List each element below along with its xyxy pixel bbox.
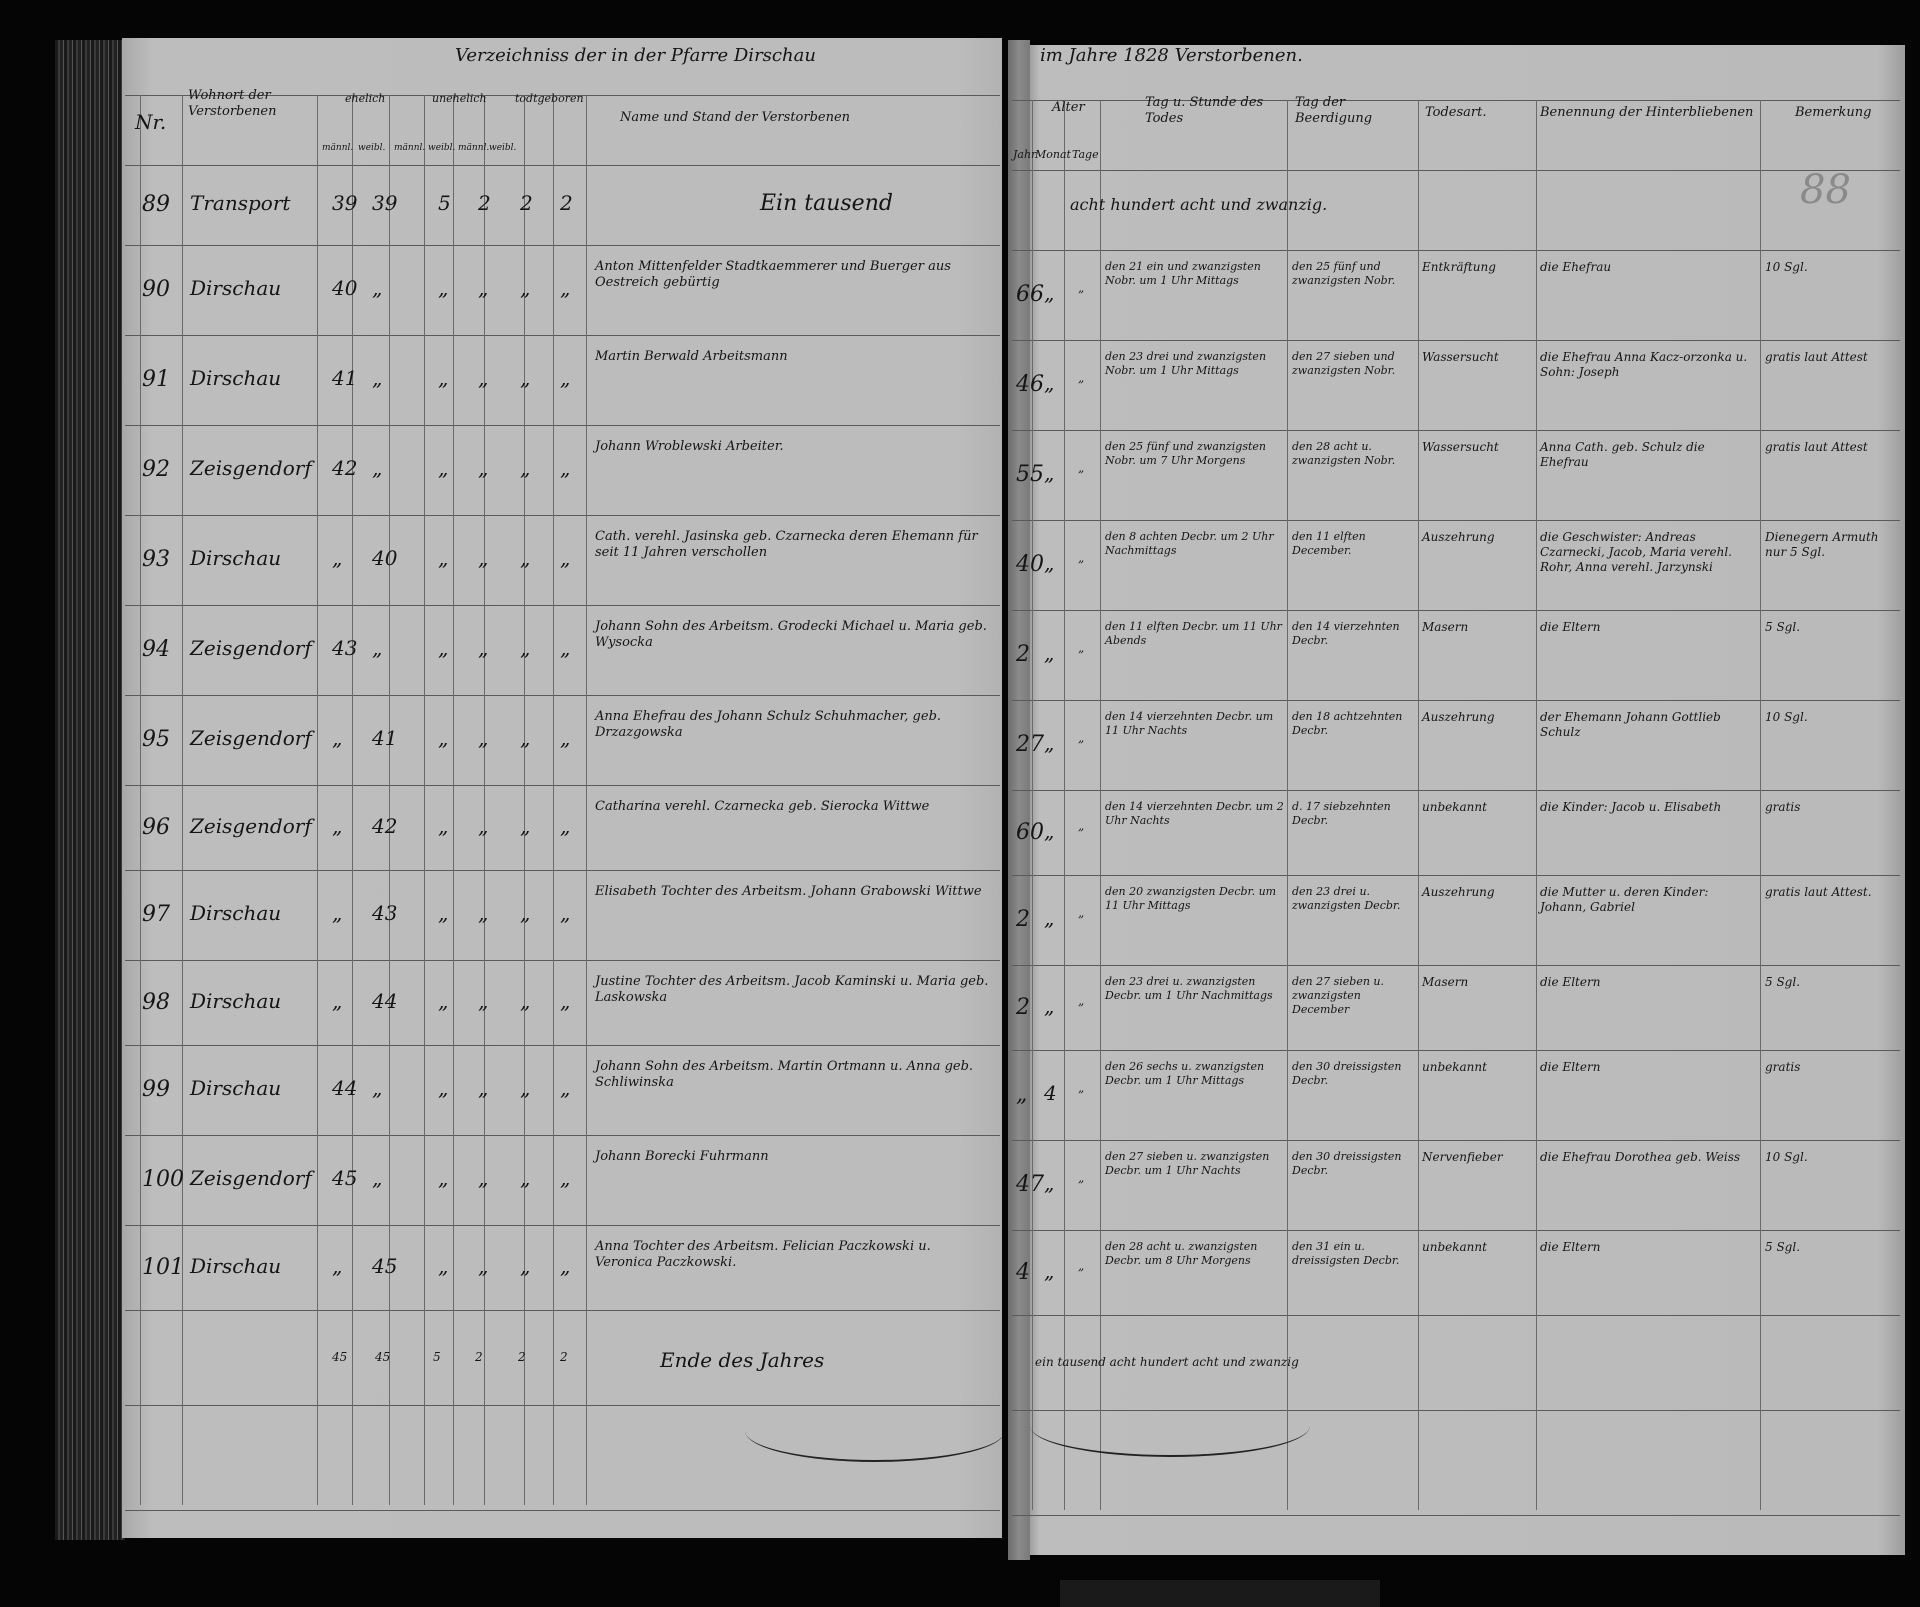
right-cell-bem: gratis laut Attest [1765,440,1895,455]
right-cell-beerd: den 18 achtzehnten Decbr. [1292,710,1417,738]
header-beerdigung: Tag der Beerdigung [1295,95,1405,128]
right-cell-tod: den 8 achten Decbr. um 2 Uhr Nachmittags [1105,530,1285,558]
right-cell-tod: den 23 drei und zwanzigsten Nobr. um 1 U… [1105,350,1285,378]
left-cell-uneh_m: 5 [438,191,451,216]
right-cell-jahr: 27 [1016,731,1044,759]
right-cell-hinterbl: die Kinder: Jacob u. Elisabeth [1540,800,1755,815]
left-cell-eh_m: „ [332,901,342,926]
right-cell-jahr: 47 [1016,1171,1044,1199]
left-cell-todt_m: „ [520,456,530,481]
right-cell-beerd: den 28 acht u. zwanzigsten Nobr. [1292,440,1417,468]
left-cell-nr: 98 [142,989,170,1017]
left-cell-eh_m: 44 [332,1076,357,1101]
left-cell-todt_w: „ [560,901,570,926]
left-cell-nr: 93 [142,546,170,574]
left-cell-nr: 90 [142,276,170,304]
total-eh-w: 45 [375,1350,390,1365]
rule-line [125,785,1000,786]
right-cell-tod: den 23 drei u. zwanzigsten Decbr. um 1 U… [1105,975,1285,1003]
left-cell-wohnort: Zeisgendorf [190,456,312,481]
right-cell-monat: „ [1044,1171,1054,1196]
left-cell-uneh_w: „ [478,276,488,301]
column-line [553,95,554,1505]
book-spine [1008,40,1030,1560]
left-cell-eh_w: „ [372,1166,382,1191]
rule-line [125,1510,1000,1511]
left-cell-eh_m: 45 [332,1166,357,1191]
left-cell-uneh_m: „ [438,636,448,661]
column-line [1032,100,1033,1510]
rule-line [1012,520,1900,521]
left-cell-nr: 94 [142,636,170,664]
left-cell-todt_m: „ [520,726,530,751]
rule-line [125,165,1000,166]
header-maennl: männl. [458,143,489,154]
right-cell-bem: gratis laut Attest [1765,350,1895,365]
header-jahr: Jahr [1013,148,1036,162]
column-line [317,95,318,1505]
right-cell-tage: „ [1078,641,1084,656]
left-cell-uneh_m: „ [438,366,448,391]
right-cell-hinterbl: die Eltern [1540,620,1755,635]
closing-flourish-left [745,1400,1005,1462]
left-cell-uneh_w: 2 [478,191,491,216]
header-maennl: männl. [394,143,425,154]
right-cell-hinterbl: die Eltern [1540,1060,1755,1075]
rule-line [1012,965,1900,966]
left-cell-eh_w: 45 [372,1254,397,1279]
rule-line [125,515,1000,516]
left-cell-eh_w: „ [372,366,382,391]
right-cell-tod: acht hundert acht und zwanzig. [1070,195,1327,215]
right-cell-hinterbl: Anna Cath. geb. Schulz die Ehefrau [1540,440,1755,470]
left-cell-uneh_m: „ [438,1076,448,1101]
right-cell-tage: „ [1078,731,1084,746]
left-cell-eh_w: „ [372,456,382,481]
header-monat: Monat [1035,148,1071,162]
total-eh-m: 45 [332,1350,347,1365]
right-cell-monat: „ [1044,1259,1054,1284]
right-cell-tage: „ [1078,371,1084,386]
right-cell-bem: Dienegern Armuth nur 5 Sgl. [1765,530,1895,560]
title-right: im Jahre 1828 Verstorbenen. [1040,45,1303,68]
left-cell-eh_w: 43 [372,901,397,926]
rule-line [1012,250,1900,251]
right-cell-bem: gratis [1765,1060,1895,1075]
rule-line [1012,1315,1900,1316]
right-cell-monat: „ [1044,641,1054,666]
left-cell-eh_w: „ [372,1076,382,1101]
left-cell-todt_m: „ [520,546,530,571]
totals-right-text: ein tausend acht hundert acht und zwanzi… [1035,1355,1299,1370]
right-cell-hinterbl: die Eltern [1540,975,1755,990]
header-nr: Nr. [135,110,166,135]
rule-line [1012,790,1900,791]
rule-line [125,245,1000,246]
left-cell-name: Johann Sohn des Arbeitsm. Martin Ortmann… [595,1059,990,1092]
right-cell-bem: 5 Sgl. [1765,620,1895,635]
right-cell-beerd: den 31 ein u. dreissigsten Decbr. [1292,1240,1417,1268]
right-cell-tage: „ [1078,551,1084,566]
left-cell-eh_w: 40 [372,546,397,571]
header-maennl: männl. [322,143,353,154]
left-cell-nr: 101 [142,1254,184,1282]
right-cell-monat: „ [1044,731,1054,756]
rule-line [125,335,1000,336]
left-cell-wohnort: Dirschau [190,546,281,571]
header-todestag: Tag u. Stunde des Todes [1145,95,1265,128]
left-cell-uneh_w: „ [478,1076,488,1101]
left-cell-uneh_w: „ [478,636,488,661]
right-cell-tage: „ [1078,1259,1084,1274]
right-cell-jahr: 4 [1016,1259,1030,1287]
column-line [352,95,353,1505]
column-line [140,95,141,1505]
left-cell-wohnort: Dirschau [190,1076,281,1101]
right-cell-tod: den 21 ein und zwanzigsten Nobr. um 1 Uh… [1105,260,1285,288]
column-line [1100,100,1101,1510]
right-cell-tod: den 14 vierzehnten Decbr. um 11 Uhr Nach… [1105,710,1285,738]
left-cell-eh_m: „ [332,726,342,751]
right-cell-tod: den 11 elften Decbr. um 11 Uhr Abends [1105,620,1285,648]
left-cell-uneh_m: „ [438,814,448,839]
left-cell-name: Anna Ehefrau des Johann Schulz Schuhmach… [595,709,990,742]
left-cell-name: Justine Tochter des Arbeitsm. Jacob Kami… [595,974,990,1007]
left-cell-eh_m: „ [332,546,342,571]
rule-line [125,1045,1000,1046]
right-cell-monat: „ [1044,551,1054,576]
left-cell-eh_w: „ [372,276,382,301]
right-cell-tage: „ [1078,994,1084,1009]
rule-line [1012,1515,1900,1516]
left-cell-todt_w: „ [560,456,570,481]
rule-line [125,870,1000,871]
rule-line [1012,430,1900,431]
rule-line [125,605,1000,606]
right-cell-hinterbl: die Ehefrau Dorothea geb. Weiss [1540,1150,1755,1165]
column-line [1287,100,1288,1510]
right-cell-monat: „ [1044,371,1054,396]
left-cell-todt_w: „ [560,366,570,391]
left-cell-todt_m: „ [520,1166,530,1191]
rule-line [125,960,1000,961]
total-todt-w: 2 [560,1350,568,1365]
left-cell-name: Johann Borecki Fuhrmann [595,1149,990,1165]
left-cell-eh_m: 41 [332,366,357,391]
header-weibl: weibl. [358,143,385,154]
right-cell-krank: Nervenfieber [1422,1150,1534,1165]
right-cell-tage: „ [1078,281,1084,296]
left-cell-uneh_w: „ [478,989,488,1014]
right-cell-hinterbl: die Mutter u. deren Kinder: Johann, Gabr… [1540,885,1755,915]
right-cell-jahr: 60 [1016,819,1044,847]
left-cell-uneh_w: „ [478,1254,488,1279]
left-cell-wohnort: Zeisgendorf [190,814,312,839]
right-cell-beerd: den 30 dreissigsten Decbr. [1292,1060,1417,1088]
right-cell-krank: Wassersucht [1422,350,1534,365]
left-cell-todt_w: „ [560,1254,570,1279]
left-cell-eh_w: 41 [372,726,397,751]
left-cell-eh_w: 39 [372,191,397,216]
left-cell-eh_m: „ [332,1254,342,1279]
right-cell-monat: 4 [1044,1081,1057,1106]
right-cell-tod: den 25 fünf und zwanzigsten Nobr. um 7 U… [1105,440,1285,468]
right-cell-beerd: den 23 drei u. zwanzigsten Decbr. [1292,885,1417,913]
right-cell-beerd: den 14 vierzehnten Decbr. [1292,620,1417,648]
rule-line [1012,340,1900,341]
column-line [424,95,425,1505]
column-line [1064,100,1065,1510]
right-cell-bem: gratis laut Attest. [1765,885,1895,900]
right-cell-krank: Masern [1422,620,1534,635]
rule-line [1012,1230,1900,1231]
left-cell-todt_m: „ [520,276,530,301]
rule-line [1012,875,1900,876]
column-line [182,95,183,1505]
header-weibl: weibl. [428,143,455,154]
header-wohnort: Wohnort der Verstorbenen [188,88,318,121]
left-cell-todt_m: „ [520,901,530,926]
left-cell-nr: 91 [142,366,170,394]
left-cell-nr: 97 [142,901,170,929]
right-cell-jahr: 40 [1016,551,1044,579]
left-cell-todt_w: „ [560,1166,570,1191]
left-cell-uneh_w: „ [478,366,488,391]
left-cell-wohnort: Dirschau [190,276,281,301]
right-cell-beerd: d. 17 siebzehnten Decbr. [1292,800,1417,828]
left-cell-todt_w: 2 [560,191,573,216]
right-cell-bem: gratis [1765,800,1895,815]
right-cell-jahr: 2 [1016,994,1030,1022]
header-unehelich: unehelich [432,92,487,106]
total-todt-m: 2 [518,1350,526,1365]
column-line [1536,100,1537,1510]
right-cell-tod: den 26 sechs u. zwanzigsten Decbr. um 1 … [1105,1060,1285,1088]
right-cell-bem: 10 Sgl. [1765,260,1895,275]
header-weibl: weibl. [489,143,516,154]
left-cell-wohnort: Dirschau [190,366,281,391]
left-cell-wohnort: Dirschau [190,1254,281,1279]
right-cell-monat: „ [1044,461,1054,486]
column-line [484,95,485,1505]
rule-line [1012,170,1900,171]
left-cell-wohnort: Dirschau [190,989,281,1014]
right-cell-tage: „ [1078,1081,1084,1096]
rule-line [125,425,1000,426]
column-line [1418,100,1419,1510]
left-cell-uneh_w: „ [478,1166,488,1191]
left-cell-todt_w: „ [560,276,570,301]
left-cell-nr: 96 [142,814,170,842]
right-cell-bem: 10 Sgl. [1765,1150,1895,1165]
right-cell-monat: „ [1044,994,1054,1019]
right-cell-hinterbl: die Eltern [1540,1240,1755,1255]
right-cell-tod: den 27 sieben u. zwanzigsten Decbr. um 1… [1105,1150,1285,1178]
left-cell-nr: 95 [142,726,170,754]
right-cell-jahr: 66 [1016,281,1044,309]
left-cell-todt_m: „ [520,1076,530,1101]
left-cell-nr: 99 [142,1076,170,1104]
right-cell-monat: „ [1044,281,1054,306]
rule-line [125,1225,1000,1226]
left-cell-eh_w: 42 [372,814,397,839]
left-cell-todt_m: „ [520,366,530,391]
left-cell-uneh_m: „ [438,989,448,1014]
right-cell-krank: unbekannt [1422,1240,1534,1255]
folio-number: 88 [1800,165,1851,215]
right-cell-beerd: den 30 dreissigsten Decbr. [1292,1150,1417,1178]
rule-line [125,1310,1000,1311]
column-line [389,95,390,1505]
column-line [453,95,454,1505]
left-cell-uneh_w: „ [478,901,488,926]
header-hinterbliebene: Benennung der Hinterbliebenen [1540,105,1753,121]
left-cell-name: Anna Tochter des Arbeitsm. Felician Pacz… [595,1239,990,1272]
left-cell-eh_m: 42 [332,456,357,481]
rule-line [1012,700,1900,701]
left-cell-eh_w: 44 [372,989,397,1014]
right-cell-tod: den 28 acht u. zwanzigsten Decbr. um 8 U… [1105,1240,1285,1268]
right-cell-bem: 10 Sgl. [1765,710,1895,725]
left-cell-name: Cath. verehl. Jasinska geb. Czarnecka de… [595,529,990,562]
left-cell-uneh_m: „ [438,456,448,481]
title-left: Verzeichniss der in der Pfarre Dirschau [455,45,816,68]
left-cell-uneh_m: „ [438,1254,448,1279]
right-cell-bem: 5 Sgl. [1765,975,1895,990]
right-cell-tage: „ [1078,461,1084,476]
right-cell-tod: den 20 zwanzigsten Decbr. um 11 Uhr Mitt… [1105,885,1285,913]
header-tage: Tage [1072,148,1099,162]
header-todtgeboren: todtgeboren [515,92,584,106]
right-cell-hinterbl: die Ehefrau Anna Kacz-orzonka u. Sohn: J… [1540,350,1755,380]
right-cell-beerd: den 27 sieben u. zwanzigsten December [1292,975,1417,1016]
right-cell-hinterbl: die Geschwister: Andreas Czarnecki, Jaco… [1540,530,1755,575]
column-line [586,95,587,1505]
left-cell-todt_w: „ [560,636,570,661]
right-cell-tod: den 14 vierzehnten Decbr. um 2 Uhr Nacht… [1105,800,1285,828]
book-edge [55,40,125,1540]
right-cell-jahr: 2 [1016,906,1030,934]
left-cell-uneh_m: „ [438,276,448,301]
rule-line [1012,1050,1900,1051]
closing-flourish-right [1030,1395,1310,1457]
left-cell-eh_m: „ [332,989,342,1014]
left-cell-name: Martin Berwald Arbeitsmann [595,349,990,365]
left-cell-eh_m: 43 [332,636,357,661]
left-cell-eh_w: „ [372,636,382,661]
right-cell-krank: Masern [1422,975,1534,990]
left-cell-nr: 100 [142,1166,184,1194]
left-cell-uneh_w: „ [478,546,488,571]
right-cell-jahr: 55 [1016,461,1044,489]
left-cell-eh_m: 40 [332,276,357,301]
left-cell-name: Johann Wroblewski Arbeiter. [595,439,990,455]
header-bemerkung: Bemerkung [1795,105,1871,121]
right-cell-jahr: 46 [1016,371,1044,399]
left-cell-name: Anton Mittenfelder Stadtkaemmerer und Bu… [595,259,990,292]
rule-line [1012,1140,1900,1141]
left-cell-eh_m: „ [332,814,342,839]
right-cell-beerd: den 25 fünf und zwanzigsten Nobr. [1292,260,1417,288]
rule-line [125,1135,1000,1136]
left-cell-uneh_m: „ [438,1166,448,1191]
left-cell-todt_m: „ [520,989,530,1014]
left-cell-name: Elisabeth Tochter des Arbeitsm. Johann G… [595,884,990,900]
column-line [1760,100,1761,1510]
rule-line [1012,610,1900,611]
right-cell-krank: Entkräftung [1422,260,1534,275]
right-cell-monat: „ [1044,906,1054,931]
right-cell-krank: Wassersucht [1422,440,1534,455]
left-cell-uneh_w: „ [478,726,488,751]
right-cell-beerd: den 27 sieben und zwanzigsten Nobr. [1292,350,1417,378]
right-cell-hinterbl: der Ehemann Johann Gottlieb Schulz [1540,710,1755,740]
right-cell-jahr: 2 [1016,641,1030,669]
header-alter: Alter [1052,100,1085,116]
right-cell-bem: 5 Sgl. [1765,1240,1895,1255]
total-uneh-w: 2 [475,1350,483,1365]
right-cell-tage: „ [1078,906,1084,921]
left-cell-todt_w: „ [560,1076,570,1101]
left-cell-todt_m: „ [520,814,530,839]
right-cell-tage: „ [1078,1171,1084,1186]
left-cell-name: Johann Sohn des Arbeitsm. Grodecki Micha… [595,619,990,652]
right-cell-krank: Auszehrung [1422,530,1534,545]
left-cell-wohnort: Zeisgendorf [190,636,312,661]
right-cell-krank: Auszehrung [1422,885,1534,900]
left-cell-name: Catharina verehl. Czarnecka geb. Sierock… [595,799,990,815]
left-cell-uneh_w: „ [478,456,488,481]
left-cell-todt_m: „ [520,1254,530,1279]
left-cell-todt_w: „ [560,546,570,571]
left-cell-todt_w: „ [560,989,570,1014]
right-cell-tage: „ [1078,819,1084,834]
header-krankheit: Todesart. [1425,105,1487,121]
right-cell-hinterbl: die Ehefrau [1540,260,1755,275]
right-cell-beerd: den 11 elften December. [1292,530,1417,558]
right-cell-krank: Auszehrung [1422,710,1534,725]
left-cell-wohnort: Zeisgendorf [190,1166,312,1191]
left-cell-wohnort: Zeisgendorf [190,726,312,751]
right-cell-krank: unbekannt [1422,800,1534,815]
totals-text: Ende des Jahres [660,1348,824,1373]
left-cell-todt_w: „ [560,726,570,751]
left-cell-uneh_m: „ [438,546,448,571]
right-cell-krank: unbekannt [1422,1060,1534,1075]
left-cell-todt_m: „ [520,636,530,661]
left-cell-uneh_m: „ [438,726,448,751]
total-uneh-m: 5 [433,1350,441,1365]
left-cell-nr: 92 [142,456,170,484]
header-ehelich: ehelich [345,92,385,106]
right-cell-jahr: „ [1016,1081,1027,1109]
bottom-shadow [1060,1580,1380,1607]
left-cell-todt_m: 2 [520,191,533,216]
left-cell-wohnort: Transport [190,191,290,216]
left-cell-todt_w: „ [560,814,570,839]
left-cell-eh_m: 39 [332,191,357,216]
left-cell-nr: 89 [142,191,170,219]
header-name: Name und Stand der Verstorbenen [620,110,850,126]
left-cell-wohnort: Dirschau [190,901,281,926]
left-cell-uneh_m: „ [438,901,448,926]
left-cell-uneh_w: „ [478,814,488,839]
rule-line [125,695,1000,696]
column-line [524,95,525,1505]
right-cell-monat: „ [1044,819,1054,844]
